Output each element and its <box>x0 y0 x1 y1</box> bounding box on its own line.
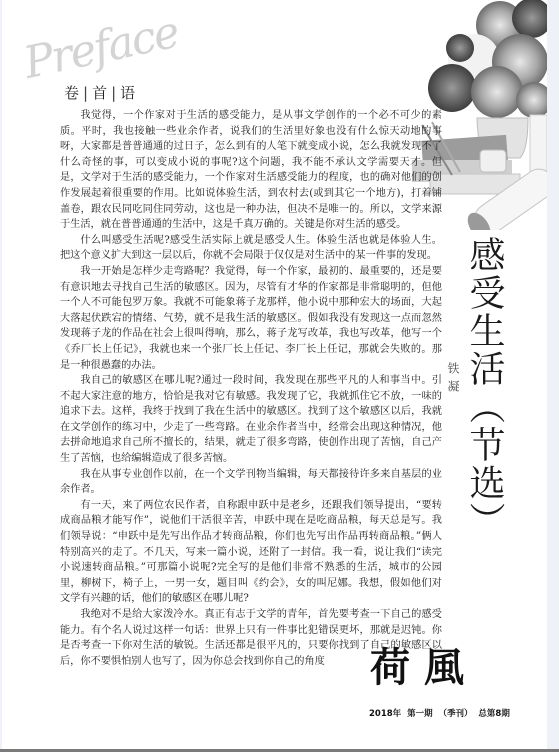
article-body: 我觉得，一个作家对于生活的感受能力，是从事文学创作的一个必不可少的素质。平时，我… <box>60 108 442 669</box>
column-label: 卷|首|语 <box>64 82 136 103</box>
divider: | <box>83 84 89 102</box>
issue-info: 2018年 第一期 （季刊） 总第8期 <box>369 707 510 719</box>
column-label-char: 语 <box>120 84 136 102</box>
paragraph: 我一开始是怎样少走弯路呢？我觉得，每一个作家，最初的、最重要的，还是要有意识地去… <box>60 264 442 373</box>
magazine-logo: 荷風 <box>370 636 478 693</box>
paragraph: 我觉得，一个作家对于生活的感受能力，是从事文学创作的一个必不可少的素质。平时，我… <box>60 108 442 233</box>
article-title: 感受生活（节选） <box>464 236 504 540</box>
paragraph: 什么叫感受生活呢?感受生活实际上就是感受人生。体验生活也就是体验人生。把这个意义… <box>60 233 442 264</box>
preface-script-watermark: Preface <box>19 7 182 89</box>
article-author: 铁凝 <box>445 362 462 398</box>
column-label-char: 卷 <box>64 84 80 102</box>
divider: | <box>111 84 117 102</box>
paragraph: 我在从事专业创作以前，在一个文学刊物当编辑，每天都接待许多来自基层的业余作者。 <box>60 467 442 498</box>
paragraph: 我自己的敏感区在哪儿呢?通过一段时间，我发现在那些平凡的人和事当中。引不起大家注… <box>60 373 442 467</box>
paragraph: 有一天，来了两位农民作者，自称跟申跃中是老乡，还跟我们领导提出，“要转成商品粮才… <box>60 498 442 607</box>
viewer-margin <box>547 0 559 749</box>
column-label-char: 首 <box>92 84 108 102</box>
magazine-page: Preface 卷|首|语 我觉得，一个作家对于生活的感受能力，是从事文学创作的… <box>2 0 547 749</box>
